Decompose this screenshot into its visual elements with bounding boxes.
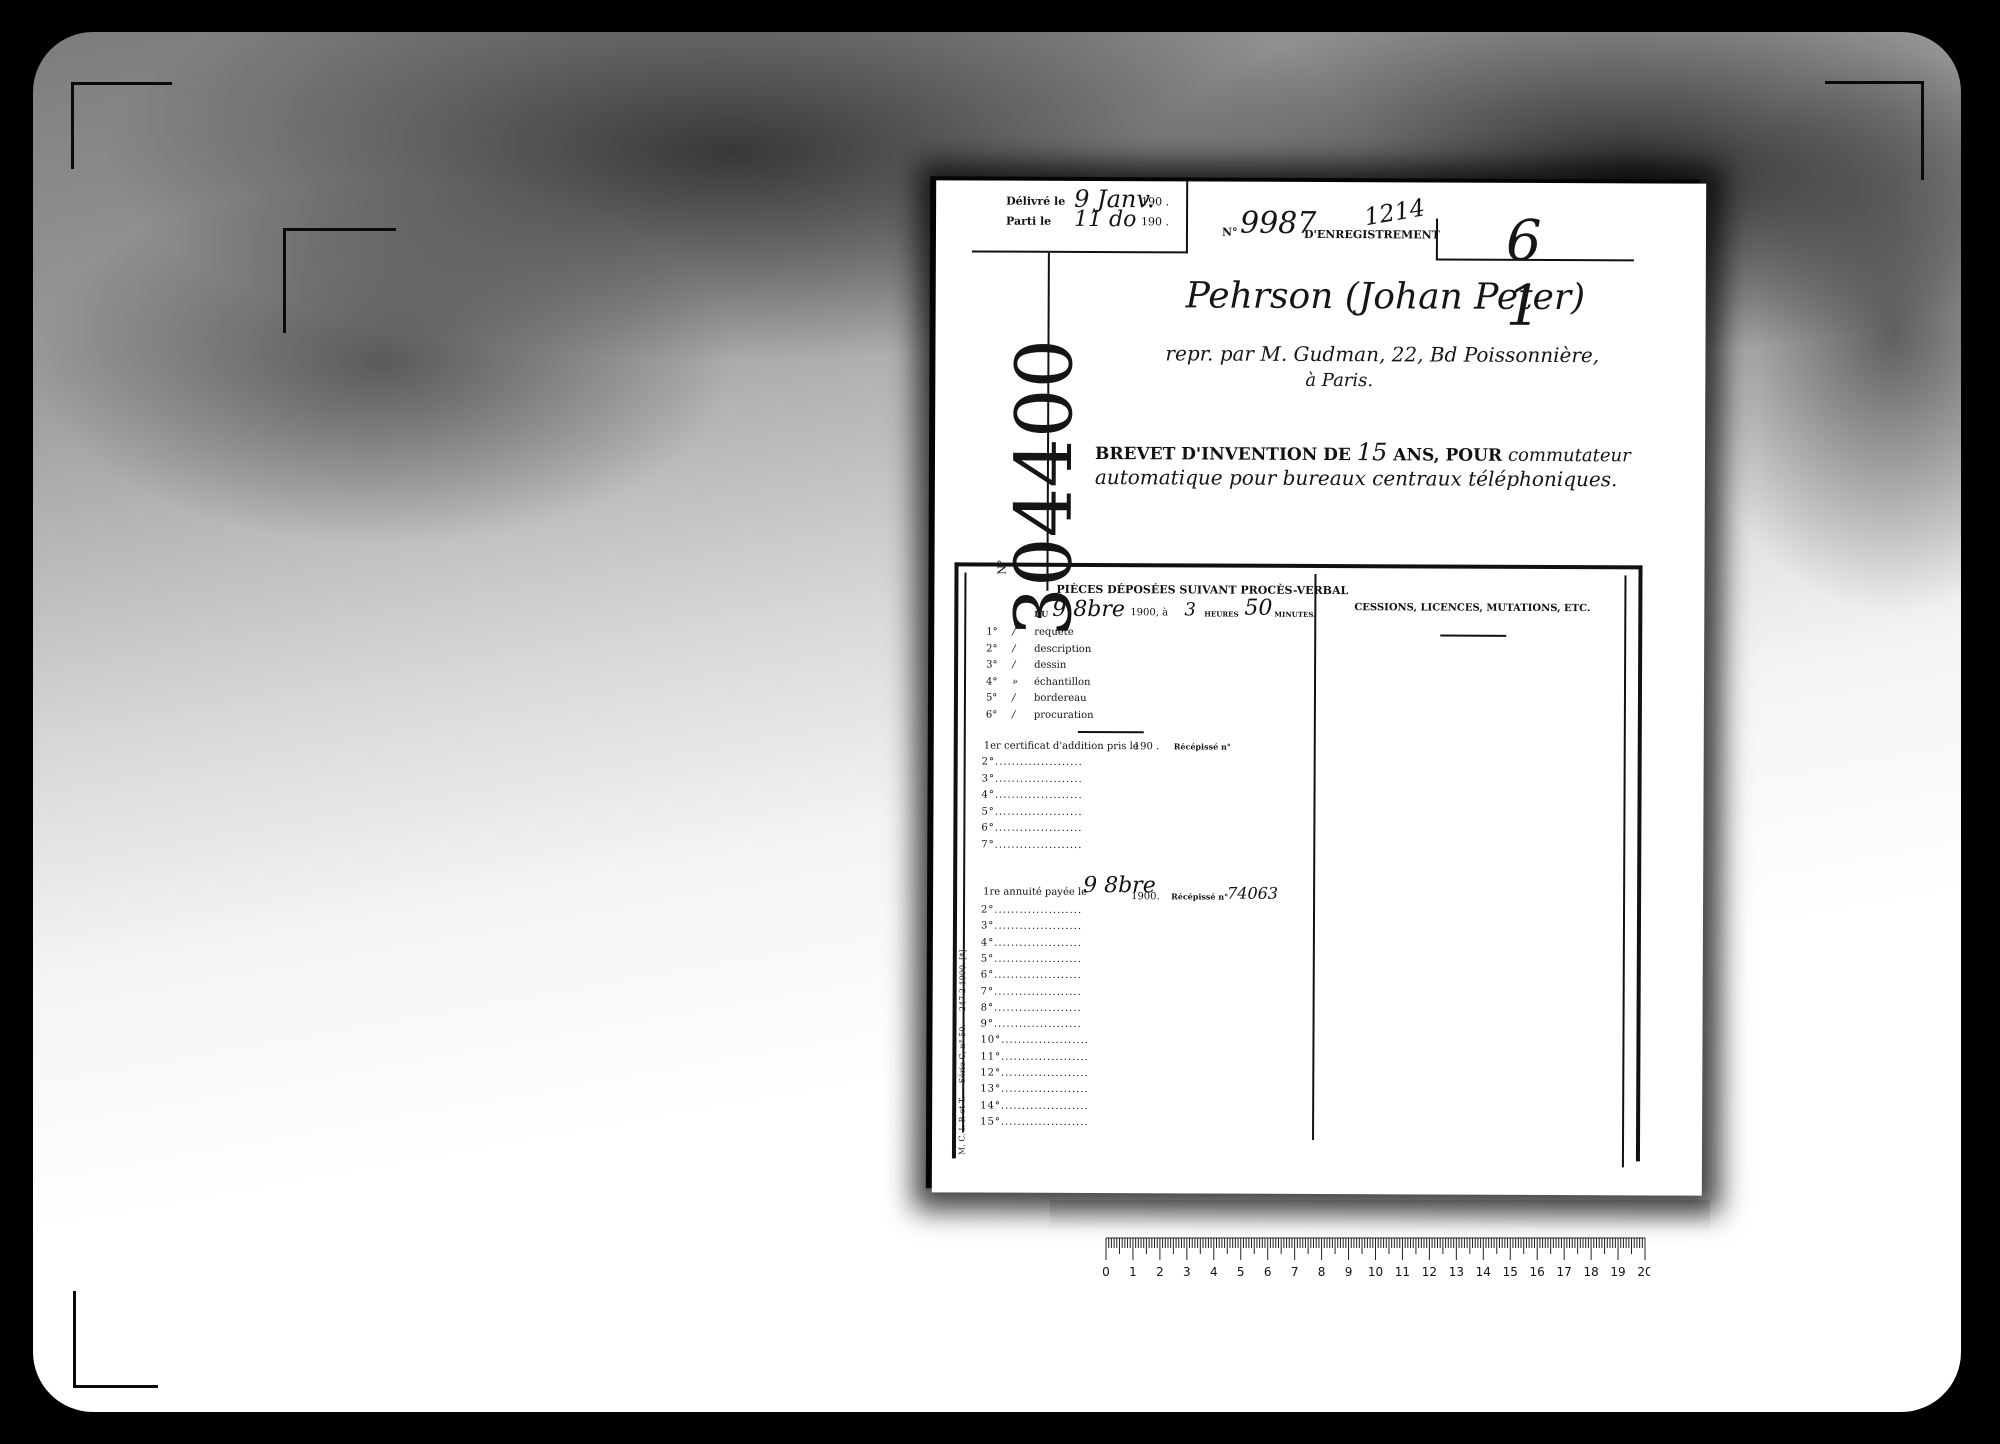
certificate-receipt-label: Récépissé n° — [1174, 741, 1231, 751]
svg-text:18: 18 — [1583, 1265, 1598, 1279]
applicant-city: à Paris. — [1305, 370, 1373, 391]
dotted-entry-row: 7°..................... — [981, 839, 1082, 850]
svg-text:16: 16 — [1530, 1265, 1545, 1279]
pieces-hour-label: HEURES — [1204, 609, 1238, 618]
dotted-entry-row: 12°..................... — [980, 1068, 1089, 1079]
parti-value: 11 do — [1074, 207, 1136, 232]
title-middle: ANS, POUR — [1393, 445, 1502, 465]
scale-ruler: 01234567891011121314151617181920 — [1100, 1236, 1650, 1296]
svg-text:2: 2 — [1156, 1265, 1164, 1279]
piece-quantity: / — [1012, 643, 1015, 654]
piece-label: procuration — [1034, 709, 1094, 720]
svg-text:5: 5 — [1237, 1265, 1245, 1279]
pieces-date: 9 8bre — [1052, 597, 1125, 622]
pieces-separator — [1078, 731, 1144, 733]
svg-text:12: 12 — [1422, 1265, 1437, 1279]
svg-text:11: 11 — [1395, 1265, 1410, 1279]
delivered-label: Délivré le — [1006, 195, 1065, 208]
certificate-first-label: 1er certificat d'addition pris le — [984, 741, 1139, 753]
title-prefix: BREVET D'INVENTION DE — [1095, 444, 1351, 465]
parti-label: Parti le — [1006, 215, 1051, 228]
svg-text:3: 3 — [1183, 1265, 1191, 1279]
dotted-entry-row: 5°..................... — [981, 953, 1082, 964]
piece-quantity: / — [1012, 627, 1015, 638]
piece-number: 4° — [986, 676, 997, 687]
svg-text:4: 4 — [1210, 1265, 1218, 1279]
piece-number: 5° — [986, 693, 997, 704]
piece-quantity: » — [1012, 676, 1018, 687]
piece-quantity: / — [1012, 709, 1015, 720]
dotted-entry-row: 15°..................... — [980, 1116, 1089, 1127]
svg-text:19: 19 — [1610, 1265, 1625, 1279]
pieces-du-label: DU — [1034, 609, 1048, 619]
piece-label: dessin — [1034, 660, 1066, 671]
dotted-entry-row: 10°..................... — [980, 1035, 1089, 1046]
margin-imprint: M. C. I. P. et T. — Série C, n° 50. — 24… — [957, 895, 967, 1155]
parti-year: 190 . — [1141, 215, 1169, 228]
pieces-heading: PIÈCES DÉPOSÉES SUIVANT PROCÈS-VERBAL — [1056, 583, 1348, 597]
secondary-number: 1214 — [1362, 193, 1427, 231]
pieces-minute-label: MINUTES. — [1274, 610, 1315, 619]
registration-prefix: N° — [1222, 226, 1238, 239]
piece-label: requête — [1034, 627, 1073, 638]
piece-quantity: / — [1012, 693, 1015, 704]
svg-text:0: 0 — [1102, 1265, 1110, 1279]
dotted-entry-row: 14°..................... — [980, 1100, 1089, 1111]
annuity-receipt-label: Récépissé n° — [1171, 891, 1228, 901]
svg-text:10: 10 — [1368, 1265, 1383, 1279]
title-subject-2: automatique pour bureaux centraux téléph… — [1095, 465, 1618, 491]
pieces-year: 1900, à — [1130, 607, 1168, 618]
piece-label: description — [1034, 643, 1091, 654]
dotted-entry-row: 6°..................... — [981, 823, 1082, 834]
dotted-entry-row: 11°..................... — [980, 1051, 1089, 1062]
ruler-graphic: 01234567891011121314151617181920 — [1100, 1236, 1650, 1296]
dotted-entry-row: 5°..................... — [981, 806, 1082, 817]
piece-number: 1° — [986, 627, 997, 638]
corner-mark-top-left-inner — [283, 228, 396, 333]
piece-number: 3° — [986, 660, 997, 671]
corner-mark-top-right — [1825, 81, 1924, 180]
applicant-representative: repr. par M. Gudman, 22, Bd Poissonnière… — [1165, 341, 1599, 367]
svg-text:7: 7 — [1291, 1265, 1299, 1279]
svg-text:6: 6 — [1264, 1265, 1272, 1279]
title-subject-1: commutateur — [1508, 445, 1631, 467]
dotted-entry-row: 2°..................... — [982, 757, 1083, 768]
piece-label: échantillon — [1034, 676, 1090, 687]
corner-mark-handwritten: 6 1 — [1506, 209, 1707, 340]
document-shadow — [1050, 1200, 1710, 1228]
dotted-entry-row: 4°..................... — [981, 937, 1082, 948]
delivered-year: 190 . — [1141, 195, 1169, 208]
dotted-entry-row: 3°..................... — [982, 773, 1083, 784]
title-years: 15 — [1357, 438, 1388, 466]
dotted-entry-row: 8°..................... — [981, 1002, 1082, 1013]
svg-text:15: 15 — [1503, 1265, 1518, 1279]
applicant-name: Pehrson (Johan Peter) — [1186, 275, 1586, 318]
cessions-heading: CESSIONS, LICENCES, MUTATIONS, ETC. — [1354, 602, 1590, 614]
dotted-entry-row: 13°..................... — [980, 1084, 1089, 1095]
dotted-entry-row: 7°..................... — [981, 986, 1082, 997]
patent-document: Délivré le 9 Janv. 190 . Parti le 11 do … — [932, 180, 1706, 1195]
svg-text:9: 9 — [1345, 1265, 1353, 1279]
svg-text:1: 1 — [1129, 1265, 1137, 1279]
piece-label: bordereau — [1034, 693, 1087, 704]
piece-number: 6° — [986, 709, 997, 720]
svg-text:13: 13 — [1449, 1265, 1464, 1279]
piece-quantity: / — [1012, 660, 1015, 671]
pieces-minute: 50 — [1244, 596, 1272, 621]
patent-title-line: BREVET D'INVENTION DE 15 ANS, POUR commu… — [1095, 437, 1631, 467]
certificate-year: 190 . — [1134, 741, 1160, 752]
dotted-entry-row: 2°..................... — [981, 905, 1082, 916]
svg-text:14: 14 — [1476, 1265, 1491, 1279]
dotted-entry-row: 9°..................... — [981, 1019, 1082, 1030]
svg-text:17: 17 — [1557, 1265, 1572, 1279]
dotted-entry-row: 4°..................... — [982, 790, 1083, 801]
piece-number: 2° — [986, 643, 997, 654]
corner-mark-top-left-outer — [71, 82, 172, 169]
cessions-separator — [1440, 635, 1506, 637]
annuity-first-label: 1re annuité payée le — [983, 887, 1087, 898]
dotted-entry-row: 6°..................... — [981, 970, 1082, 981]
annuity-receipt-number: 74063 — [1227, 884, 1278, 903]
corner-mark-bottom-left — [73, 1291, 158, 1388]
pieces-hour: 3 — [1184, 599, 1196, 620]
svg-text:20: 20 — [1637, 1265, 1650, 1279]
svg-text:8: 8 — [1318, 1265, 1326, 1279]
annuity-year: 1900. — [1131, 891, 1160, 902]
dotted-entry-row: 3°..................... — [981, 921, 1082, 932]
